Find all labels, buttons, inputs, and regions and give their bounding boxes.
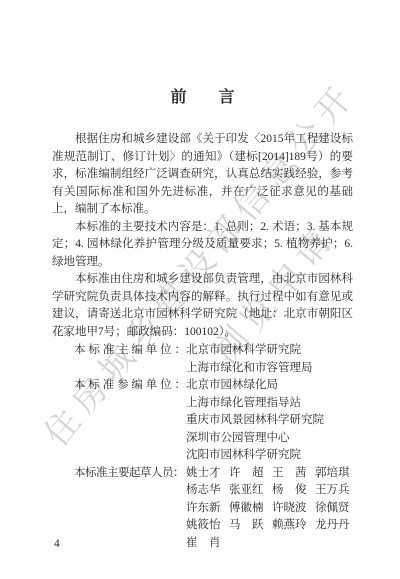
drafter-name: 崔 肖 bbox=[186, 535, 227, 553]
drafters-list: 姚士才 许 超 王 茜 郭培琪 杨志华 张亚红 杨 俊 王万兵 许东新 傅徽楠 bbox=[186, 465, 358, 553]
drafter-name: 张亚红 bbox=[229, 482, 270, 500]
participating-unit: 沈阳市园林科学研究院 bbox=[186, 447, 353, 465]
participating-units-row: 本标准参编单位： 北京市园林绿化局 上海市绿化管理指导站 重庆市风景园林科学研究… bbox=[52, 377, 353, 465]
chief-units-row: 本标准主编单位： 北京市园林科学研究院 上海市绿化和市容管理局 bbox=[52, 342, 353, 377]
drafters-row: 本标准主要起草人员： 姚士才 许 超 王 茜 郭培琪 杨志华 张亚红 杨 俊 王… bbox=[52, 465, 353, 553]
drafter-name: 王万兵 bbox=[315, 482, 356, 500]
page-number: 4 bbox=[54, 538, 60, 550]
chief-units-label: 本标准主编单位： bbox=[74, 342, 186, 360]
chief-unit: 上海市绿化和市容管理局 bbox=[186, 360, 353, 378]
drafter-name: 傅徽楠 bbox=[229, 500, 270, 518]
paragraph-contents: 本标准的主要技术内容是：1. 总则；2. 术语；3. 基本规定；4. 园林绿化养… bbox=[52, 219, 353, 272]
page-content: 前 言 根据住房和城乡建设部《关于印发〈2015年工程建设标准规范制订、修订计划… bbox=[52, 88, 353, 552]
drafter-name: 马 跃 bbox=[229, 517, 270, 535]
drafter-name: 姚士才 bbox=[186, 465, 227, 483]
drafters-line: 杨志华 张亚红 杨 俊 王万兵 bbox=[186, 482, 358, 500]
drafters-line: 姚筱怡 马 跃 赖燕玲 龙丹丹 bbox=[186, 517, 358, 535]
paragraph-management: 本标准由住房和城乡建设部负责管理，由北京市园林科学研究院负责具体技术内容的解释。… bbox=[52, 271, 353, 341]
drafter-name: 赖燕玲 bbox=[272, 517, 313, 535]
participating-units-list: 北京市园林绿化局 上海市绿化管理指导站 重庆市风景园林科学研究院 深圳市公园管理… bbox=[186, 377, 353, 465]
drafters-line: 崔 肖 bbox=[186, 535, 358, 553]
participating-unit: 北京市园林绿化局 bbox=[186, 377, 353, 395]
drafter-name: 杨志华 bbox=[186, 482, 227, 500]
participating-units-label: 本标准参编单位： bbox=[74, 377, 186, 395]
participating-unit: 深圳市公园管理中心 bbox=[186, 430, 353, 448]
drafter-name: 王 茜 bbox=[272, 465, 313, 483]
drafters-label: 本标准主要起草人员： bbox=[74, 465, 186, 483]
chief-units-list: 北京市园林科学研究院 上海市绿化和市容管理局 bbox=[186, 342, 353, 377]
document-page: 住房城乡建设部信息公开 浏览申请 前 言 根据住房和城乡建设部《关于印发〈201… bbox=[0, 0, 400, 579]
chief-unit: 北京市园林科学研究院 bbox=[186, 342, 353, 360]
paragraph-basis: 根据住房和城乡建设部《关于印发〈2015年工程建设标准规范制订、修订计划〉的通知… bbox=[52, 131, 353, 219]
participating-unit: 重庆市风景园林科学研究院 bbox=[186, 412, 353, 430]
editors-section: 本标准主编单位： 北京市园林科学研究院 上海市绿化和市容管理局 本标准参编单位：… bbox=[52, 342, 353, 552]
page-title: 前 言 bbox=[52, 88, 353, 108]
drafter-name: 徐佩贤 bbox=[315, 500, 356, 518]
drafter-name: 龙丹丹 bbox=[315, 517, 356, 535]
drafter-name: 杨 俊 bbox=[272, 482, 313, 500]
drafter-name: 许 超 bbox=[229, 465, 270, 483]
participating-unit: 上海市绿化管理指导站 bbox=[186, 395, 353, 413]
drafter-name: 姚筱怡 bbox=[186, 517, 227, 535]
drafters-line: 许东新 傅徽楠 许晓波 徐佩贤 bbox=[186, 500, 358, 518]
drafter-name: 郭培琪 bbox=[315, 465, 356, 483]
drafter-name: 许东新 bbox=[186, 500, 227, 518]
drafter-name: 许晓波 bbox=[272, 500, 313, 518]
drafters-line: 姚士才 许 超 王 茜 郭培琪 bbox=[186, 465, 358, 483]
